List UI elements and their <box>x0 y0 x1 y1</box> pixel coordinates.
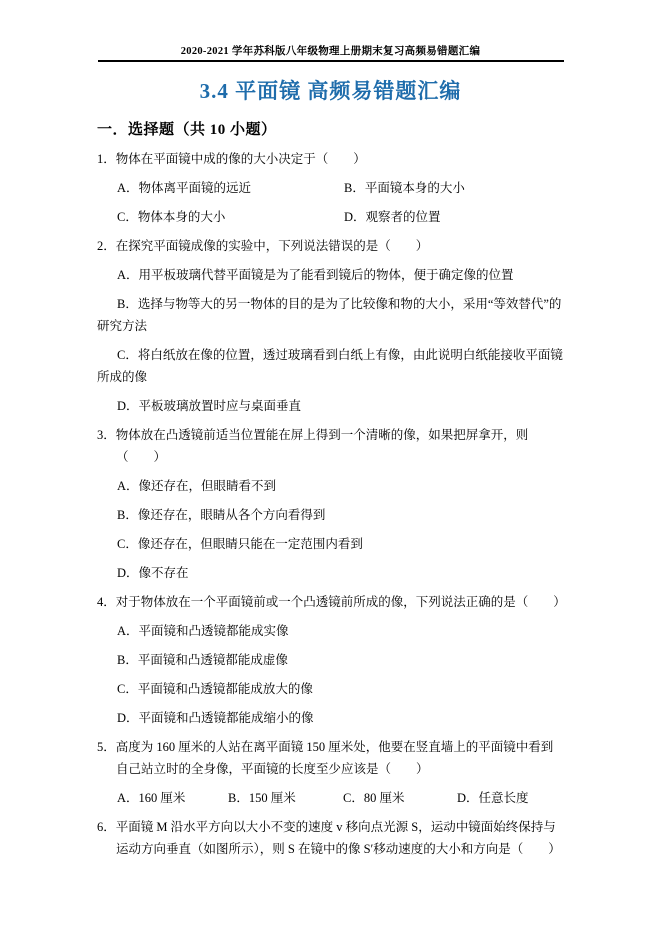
option-item: D．像不存在 <box>97 562 565 584</box>
question-1: 1．物体在平面镜中成的像的大小决定于（ ）A．物体离平面镜的远近B．平面镜本身的… <box>97 148 565 235</box>
option-item: C．物体本身的大小 <box>97 206 324 228</box>
option-item: C．像还存在，但眼睛只能在一定范围内看到 <box>97 533 565 555</box>
option-item: D．平板玻璃放置时应与桌面垂直 <box>97 395 565 417</box>
document-body: 一．选择题（共 10 小题） 1．物体在平面镜中成的像的大小决定于（ ）A．物体… <box>97 119 565 860</box>
question-2: 2．在探究平面镜成像的实验中，下列说法错误的是（ ）A．用平板玻璃代替平面镜是为… <box>97 235 565 417</box>
option-item: A．像还存在，但眼睛看不到 <box>97 475 565 497</box>
option-item: B．平面镜和凸透镜都能成虚像 <box>97 649 565 671</box>
question-stem: 2．在探究平面镜成像的实验中，下列说法错误的是（ ） <box>97 235 565 257</box>
option-item: A．160 厘米 <box>97 787 228 809</box>
option-item: B．选择与物等大的另一物体的目的是为了比较像和物的大小，采用“等效替代”的研究方… <box>97 293 565 337</box>
section-heading: 一．选择题（共 10 小题） <box>97 119 565 141</box>
option-item: A．用平板玻璃代替平面镜是为了能看到镜后的物体，便于确定像的位置 <box>97 264 565 286</box>
option-item: B．150 厘米 <box>228 787 343 809</box>
option-item: B．平面镜本身的大小 <box>324 177 565 199</box>
question-4: 4．对于物体放在一个平面镜前或一个凸透镜前所成的像，下列说法正确的是（ ）A．平… <box>97 591 565 729</box>
question-stem: 1．物体在平面镜中成的像的大小决定于（ ） <box>97 148 565 170</box>
option-item: D．观察者的位置 <box>324 206 565 228</box>
option-grid: A．物体离平面镜的远近B．平面镜本身的大小C．物体本身的大小D．观察者的位置 <box>97 177 565 235</box>
header-text: 2020-2021 学年苏科版八年级物理上册期末复习高频易错题汇编 <box>181 46 481 57</box>
question-stem: 3．物体放在凸透镜前适当位置能在屏上得到一个清晰的像，如果把屏拿开，则（ ） <box>97 424 565 468</box>
question-list: 1．物体在平面镜中成的像的大小决定于（ ）A．物体离平面镜的远近B．平面镜本身的… <box>97 148 565 860</box>
document-header: 2020-2021 学年苏科版八年级物理上册期末复习高频易错题汇编 <box>98 45 564 62</box>
option-item: B．像还存在，眼睛从各个方向看得到 <box>97 504 565 526</box>
option-item: C．将白纸放在像的位置，透过玻璃看到白纸上有像，由此说明白纸能接收平面镜所成的像 <box>97 344 565 388</box>
question-5: 5．高度为 160 厘米的人站在离平面镜 150 厘米处，他要在竖直墙上的平面镜… <box>97 736 565 809</box>
option-item: C．平面镜和凸透镜都能成放大的像 <box>97 678 565 700</box>
option-item: C．80 厘米 <box>343 787 457 809</box>
page-title: 3.4 平面镜 高频易错题汇编 <box>0 78 661 104</box>
option-item: A．物体离平面镜的远近 <box>97 177 324 199</box>
question-stem: 5．高度为 160 厘米的人站在离平面镜 150 厘米处，他要在竖直墙上的平面镜… <box>97 736 565 780</box>
option-item: A．平面镜和凸透镜都能成实像 <box>97 620 565 642</box>
question-6: 6．平面镜 M 沿水平方向以大小不变的速度 v 移向点光源 S，运动中镜面始终保… <box>97 816 565 860</box>
document-page: 2020-2021 学年苏科版八年级物理上册期末复习高频易错题汇编 3.4 平面… <box>0 0 661 935</box>
option-item: D．任意长度 <box>457 787 529 809</box>
question-3: 3．物体放在凸透镜前适当位置能在屏上得到一个清晰的像，如果把屏拿开，则（ ）A．… <box>97 424 565 584</box>
option-item: D．平面镜和凸透镜都能成缩小的像 <box>97 707 565 729</box>
question-stem: 6．平面镜 M 沿水平方向以大小不变的速度 v 移向点光源 S，运动中镜面始终保… <box>97 816 565 860</box>
question-stem: 4．对于物体放在一个平面镜前或一个凸透镜前所成的像，下列说法正确的是（ ） <box>97 591 565 613</box>
option-row: A．160 厘米B．150 厘米C．80 厘米D．任意长度 <box>97 787 565 809</box>
